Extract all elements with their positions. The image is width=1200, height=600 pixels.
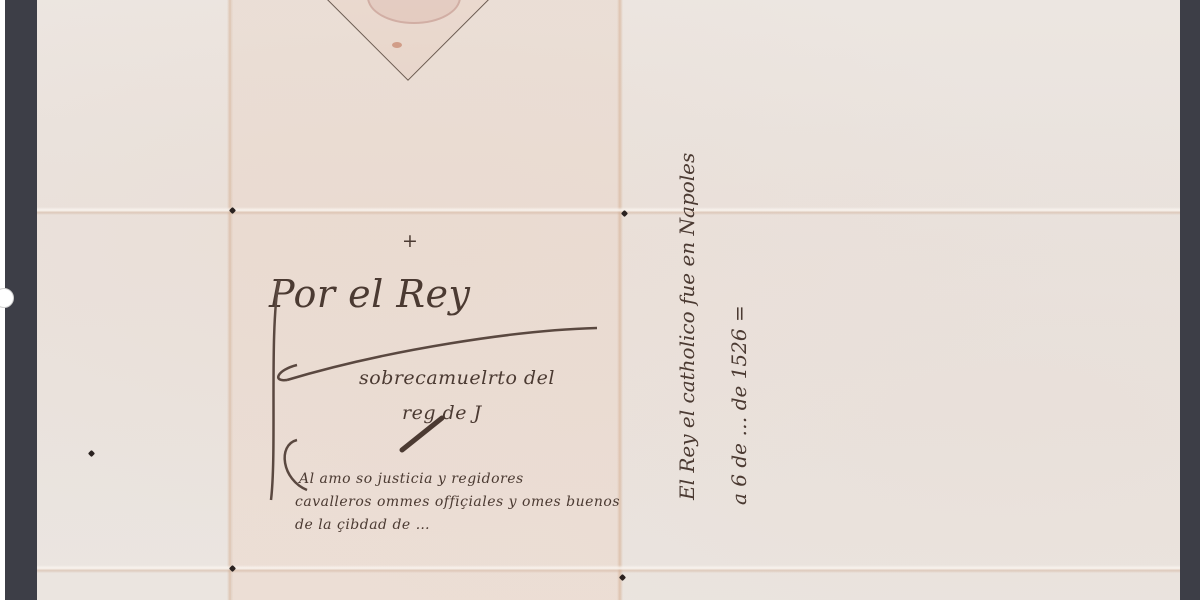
body-line: de la çibdad de … bbox=[295, 517, 430, 533]
vertical-fold-line bbox=[227, 0, 233, 600]
image-viewer: + Por el Rey sobrecamuelrto del reg de J… bbox=[0, 0, 1200, 600]
horizontal-fold-line bbox=[37, 207, 1180, 215]
vertical-fold-line bbox=[617, 0, 623, 600]
address-line: reg de J bbox=[402, 402, 482, 424]
ink-stain bbox=[392, 42, 402, 48]
cross-mark: + bbox=[402, 230, 418, 252]
pin-hole bbox=[88, 450, 95, 457]
body-line: Al amo so justicia y regidores bbox=[299, 471, 524, 487]
viewer-frame-right bbox=[1180, 0, 1200, 600]
endorsement-line: El Rey el catholico fue en Napoles bbox=[675, 153, 699, 500]
endorsement-line: a 6 de … de 1526 = bbox=[727, 305, 751, 505]
manuscript-image: + Por el Rey sobrecamuelrto del reg de J… bbox=[37, 0, 1180, 600]
address-line: sobrecamuelrto del bbox=[359, 367, 555, 389]
body-line: cavalleros ommes offiçiales y omes bueno… bbox=[295, 494, 620, 510]
horizontal-fold-line bbox=[37, 565, 1180, 573]
